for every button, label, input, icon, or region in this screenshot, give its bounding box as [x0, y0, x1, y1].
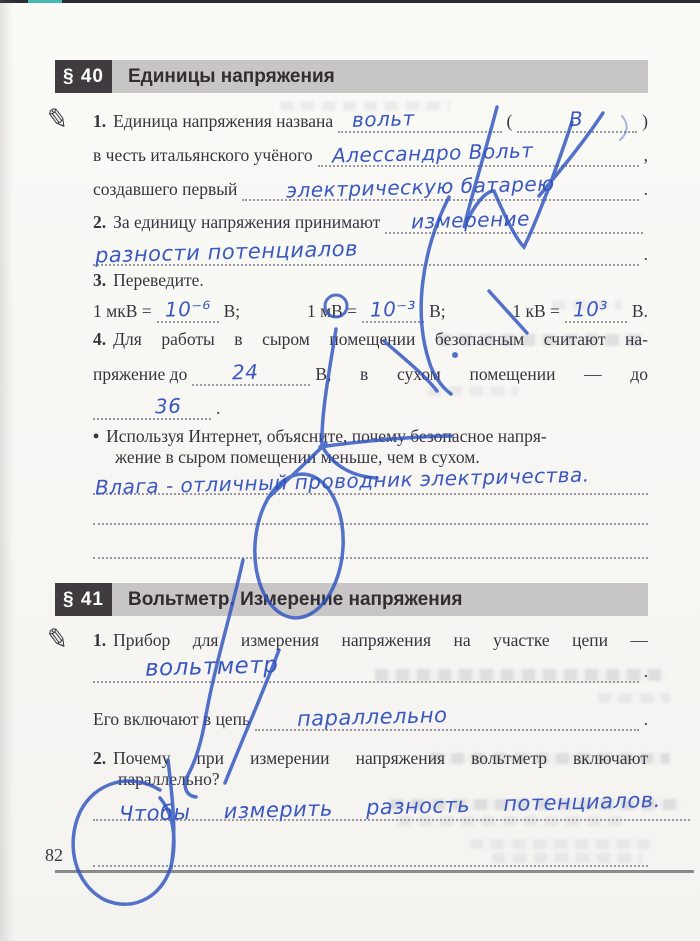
- handwritten-answer: вольтметр: [145, 652, 279, 684]
- s41-exercise-2-line-2: параллельно?: [118, 769, 648, 791]
- exercise-4-line-3: 36 .: [93, 395, 648, 420]
- conversion-kilovolt: 1 кВ = 10³ В.: [512, 298, 648, 323]
- answer-blank: параллельно: [255, 706, 639, 731]
- s41-exercise-2-line-1: 2. Почему при измерении напряжения вольт…: [93, 748, 648, 770]
- printed-text: параллельно?: [118, 769, 220, 791]
- empty-answer-line: [93, 534, 648, 559]
- handwritten-answer: 10⁻³: [370, 296, 417, 322]
- exercise-1-line-2: в честь итальянского учёного Алессандро …: [93, 142, 648, 167]
- exercise-3-conversions: 1 мкВ = 10⁻⁶ В; 1 мВ = 10⁻³ В; 1 кВ = 10…: [93, 298, 648, 323]
- printed-text: создавшего первый: [93, 179, 237, 201]
- bullet-task-line-1: • Используя Интернет, объясните, почему …: [93, 426, 648, 448]
- answer-blank: 24: [192, 361, 310, 386]
- answer-blank: разности потенциалов: [93, 241, 639, 266]
- handwritten-answer: разности потенциалов: [95, 235, 359, 268]
- printed-comma: ,: [644, 145, 648, 167]
- exercise-3-title: 3. Переведите.: [93, 270, 648, 292]
- printed-text: За единицу напряжения принимают: [113, 212, 380, 234]
- exercise-number: 3.: [93, 270, 106, 292]
- printed-text: Его включают в цепь: [93, 709, 250, 731]
- conversion-millivolt: 1 мВ = 10⁻³ В;: [307, 298, 446, 323]
- exercise-2-line-2: разности потенциалов .: [93, 241, 648, 266]
- answer-blank: Чтобы измерить разность потенциалов.: [93, 796, 690, 821]
- handwritten-answer: Алессандро Вольт: [331, 138, 533, 168]
- printed-text: Переведите.: [113, 270, 204, 292]
- exercise-4-line-1: 4. Для работы в сыром помещении безопасн…: [93, 329, 648, 351]
- section-41-header: § 41 Вольтметр. Измерение напряжения: [55, 583, 648, 616]
- exercise-2-line-1: 2. За единицу напряжения принимают измер…: [93, 209, 648, 234]
- exercise-number: 1.: [93, 111, 106, 133]
- printed-text: Используя Интернет, объясните, почему бе…: [106, 426, 547, 448]
- answer-blank: В: [517, 108, 637, 133]
- answer-blank: 36: [93, 395, 211, 420]
- handwritten-answer: измерение: [411, 206, 531, 234]
- printed-unit: В;: [429, 301, 446, 323]
- printed-text: 1 мВ =: [307, 301, 357, 323]
- answer-blank: измерение: [385, 209, 643, 234]
- answer-blank: 10⁻³: [362, 298, 424, 323]
- answer-blank: [93, 534, 648, 559]
- answer-blank: Алессандро Вольт: [318, 142, 639, 167]
- s41-exercise-2-answer-line: Чтобы измерить разность потенциалов.: [93, 796, 690, 821]
- section-title: Вольтметр. Измерение напряжения: [112, 583, 648, 616]
- answer-blank: 10⁻⁶: [157, 298, 219, 323]
- printed-period: .: [644, 179, 648, 201]
- printed-text: в честь итальянского учёного: [93, 145, 313, 167]
- printed-unit: В.: [632, 301, 648, 323]
- printed-text: 1 мкВ =: [93, 301, 152, 323]
- exercise-number: 2.: [93, 748, 106, 770]
- printed-text: В, в сухом помещении — до: [315, 364, 648, 386]
- exercise-number: 4.: [93, 329, 106, 351]
- s41-exercise-1-line-2: Его включают в цепь параллельно .: [93, 706, 648, 731]
- answer-blank: 10³: [565, 298, 627, 323]
- section-40-header: § 40 Единицы напряжения: [55, 60, 648, 93]
- s41-exercise-1-line-1: 1. Прибор для измерения напряжения на уч…: [93, 630, 648, 652]
- printed-text: Для работы в сыром помещении безопасным …: [113, 329, 648, 351]
- scan-edge: [0, 0, 700, 3]
- pencil-icon: ✎: [44, 623, 71, 657]
- answer-blank: [93, 842, 648, 867]
- printed-text: Почему при измерении напряжения вольтмет…: [113, 748, 648, 770]
- printed-paren-close: ): [642, 111, 648, 133]
- answer-blank: [93, 500, 648, 525]
- bullet-answer-line: Влага - отличный проводник электричества…: [93, 470, 648, 495]
- answer-blank: электрическую батарею: [242, 176, 638, 201]
- exercise-1-line-3: создавшего первый электрическую батарею …: [93, 176, 648, 201]
- answer-blank: Влага - отличный проводник электричества…: [93, 470, 648, 495]
- printed-text: 1 кВ =: [512, 301, 560, 323]
- bullet-mark: •: [93, 426, 99, 448]
- section-title: Единицы напряжения: [112, 60, 648, 93]
- printed-period: .: [644, 244, 648, 266]
- handwritten-answer: вольт: [352, 106, 415, 133]
- handwritten-answer: 24: [232, 360, 259, 386]
- empty-answer-line: [93, 500, 648, 525]
- exercise-number: 2.: [93, 212, 106, 234]
- printed-period: .: [216, 398, 220, 420]
- conversion-microvolt: 1 мкВ = 10⁻⁶ В;: [93, 298, 240, 323]
- pencil-icon: ✎: [44, 103, 71, 137]
- section-number-badge: § 40: [55, 60, 112, 93]
- printed-unit: В;: [224, 301, 241, 323]
- answer-blank: вольт: [338, 108, 501, 133]
- workbook-page: § 40 Единицы напряжения ✎ 1. Единица нап…: [0, 0, 700, 941]
- ink-dot: [452, 352, 458, 358]
- answer-blank: вольтметр: [93, 658, 639, 683]
- s41-exercise-1-answer-line: вольтметр .: [93, 658, 648, 683]
- bleed-through-artifact: [598, 693, 670, 703]
- printed-text: жение в сыром помещении меньше, чем в су…: [115, 447, 480, 469]
- exercise-1-line-1: 1. Единица напряжения названа вольт ( В …: [93, 108, 648, 133]
- exercise-4-line-2: пряжение до 24 В, в сухом помещении — до: [93, 361, 648, 386]
- empty-answer-line: [93, 842, 648, 867]
- printed-text: Прибор для измерения напряжения на участ…: [113, 630, 648, 652]
- printed-period: .: [644, 709, 648, 731]
- handwritten-answer: параллельно: [297, 702, 448, 732]
- scan-edge-artifact: [28, 0, 62, 3]
- handwritten-answer: В: [569, 107, 584, 132]
- handwritten-answer: 36: [155, 394, 182, 420]
- page-number: 82: [45, 845, 63, 866]
- handwritten-answer: 10⁻⁶: [164, 296, 211, 322]
- section-number-badge: § 41: [55, 583, 112, 616]
- handwritten-answer: 10³: [573, 297, 609, 323]
- printed-text: Единица напряжения названа: [113, 111, 333, 133]
- footer-rule: [55, 870, 694, 873]
- printed-text: пряжение до: [93, 364, 187, 386]
- printed-paren-open: (: [507, 111, 513, 133]
- printed-period: .: [644, 661, 648, 683]
- page-left-shadow: [0, 0, 14, 941]
- handwritten-answer: электрическую батарею: [286, 171, 555, 203]
- exercise-number: 1.: [93, 630, 106, 652]
